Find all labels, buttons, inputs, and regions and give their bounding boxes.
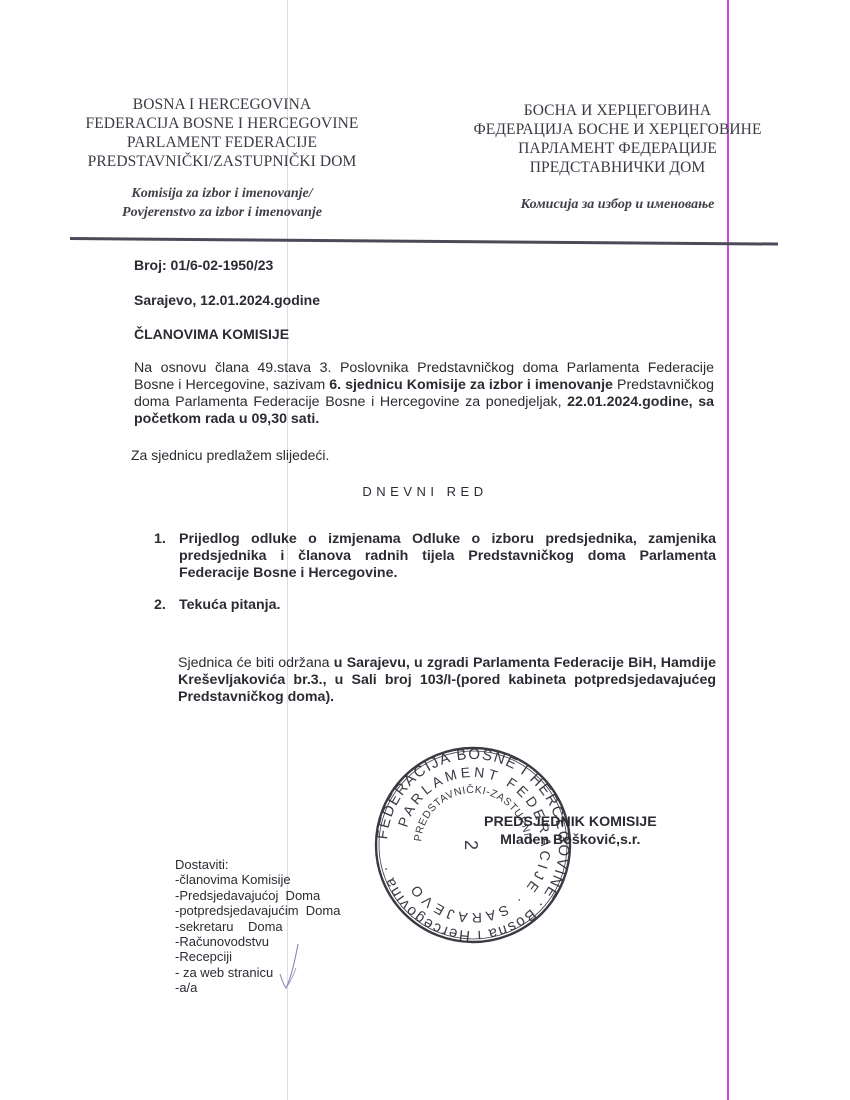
letterhead-divider xyxy=(70,237,778,246)
place-date: Sarajevo, 12.01.2024.godine xyxy=(134,292,320,308)
stamp-number: 2 xyxy=(461,840,481,850)
distribution-item: -Predsjedavajućoj Doma xyxy=(175,888,340,903)
letterhead-line: BOSNA I HERCEGOVINA xyxy=(72,95,372,114)
location-paragraph: Sjednica će biti održana u Sarajevu, u z… xyxy=(178,655,716,706)
proposal-line: Za sjednicu predlažem slijedeći. xyxy=(131,447,329,463)
letterhead-line: FEDERACIJA BOSNE I HERCEGOVINE xyxy=(72,114,372,133)
letterhead-line: БОСНА И ХЕРЦЕГОВИНА xyxy=(455,101,780,120)
letterhead-line: ПРЕДСТАВНИЧКИ ДОМ xyxy=(455,158,780,177)
letterhead-latin: BOSNA I HERCEGOVINA FEDERACIJA BOSNE I H… xyxy=(72,95,372,222)
session-name: 6. sjednicu Komisije za izbor i imenovan… xyxy=(329,377,613,393)
signature-title: PREDSJEDNIK KOMISIJE xyxy=(484,813,657,831)
agenda-item: 1. Prijedlog odluke o izmjenama Odluke o… xyxy=(154,531,716,582)
committee-name-alt: Povjerenstvo za izbor i imenovanje xyxy=(72,203,372,222)
letterhead-line: PREDSTAVNIČKI/ZASTUPNIČKI DOM xyxy=(72,152,372,171)
intro-paragraph: Na osnovu člana 49.stava 3. Poslovnika P… xyxy=(134,360,714,428)
signature-block: PREDSJEDNIK KOMISIJE Mladen Bošković,s.r… xyxy=(484,813,657,849)
distribution-item: - za web stranicu xyxy=(175,965,340,980)
agenda-item: 2. Tekuća pitanja. xyxy=(154,597,716,614)
distribution-heading: Dostaviti: xyxy=(175,857,340,872)
distribution-list: Dostaviti: -članovima Komisije -Predsjed… xyxy=(175,857,340,996)
agenda-item-text: Prijedlog odluke o izmjenama Odluke o iz… xyxy=(179,531,716,581)
distribution-item: -a/a xyxy=(175,980,340,995)
letterhead-line: PARLAMENT FEDERACIJE xyxy=(72,133,372,152)
agenda-title: DNEVNI RED xyxy=(300,484,550,499)
location-text: Sjednica će biti održana xyxy=(178,655,334,671)
handwritten-checkmark-icon xyxy=(276,940,306,992)
agenda-item-number: 2. xyxy=(154,597,166,614)
agenda-item-text: Tekuća pitanja. xyxy=(179,597,280,613)
letterhead-line: ФЕДЕРАЦИЈА БОСНЕ И ХЕРЦЕГОВИНЕ xyxy=(455,120,780,139)
letterhead-line: ПАРЛАМЕНТ ФЕДЕРАЦИЈЕ xyxy=(455,139,780,158)
agenda-list: 1. Prijedlog odluke o izmjenama Odluke o… xyxy=(154,531,716,629)
committee-name-cyrillic: Комисија за избор и именовање xyxy=(455,195,780,214)
addressee: ČLANOVIMA KOMISIJE xyxy=(134,326,289,342)
agenda-item-number: 1. xyxy=(154,531,166,548)
letterhead-cyrillic: БОСНА И ХЕРЦЕГОВИНА ФЕДЕРАЦИЈА БОСНЕ И Х… xyxy=(455,101,780,214)
distribution-item: -Recepciji xyxy=(175,949,340,964)
committee-name: Komisija za izbor i imenovanje/ xyxy=(72,184,372,203)
distribution-item: -članovima Komisije xyxy=(175,872,340,887)
distribution-item: -Računovodstvu xyxy=(175,934,340,949)
signature-name: Mladen Bošković,s.r. xyxy=(484,831,657,849)
distribution-item: -sekretaru Doma xyxy=(175,919,340,934)
distribution-item: -potpredsjedavajućim Doma xyxy=(175,903,340,918)
reference-number: Broj: 01/6-02-1950/23 xyxy=(134,257,273,273)
